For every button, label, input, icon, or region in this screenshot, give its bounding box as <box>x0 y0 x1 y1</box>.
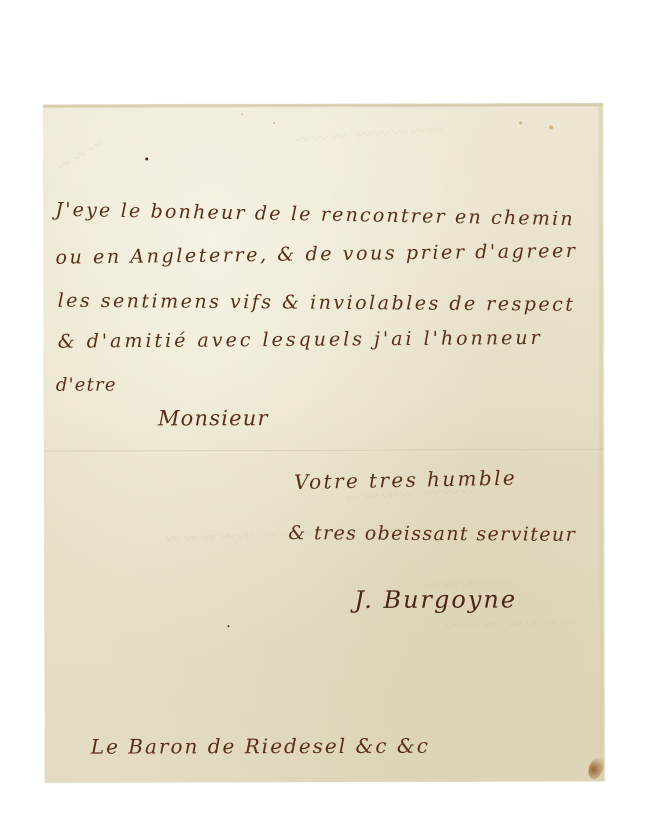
foxing-spot <box>241 113 243 115</box>
fold-crease <box>44 449 604 452</box>
letter-body-line: & d'amitié avec lesquels j'ai l'honneur <box>58 327 543 353</box>
paper-right-edge <box>597 103 605 781</box>
foxing-spot <box>273 122 275 124</box>
show-through-text: 〰〰〰 〰〰〰〰〰 <box>293 118 446 150</box>
foxing-spot <box>519 121 522 124</box>
letter-body-line: d'etre <box>56 375 117 396</box>
letter-body-line: J'eye le bonheur de le rencontrer en che… <box>55 199 575 231</box>
letter-body-line: ou en Angleterre, & de vous prier d'agre… <box>55 240 577 269</box>
ink-dot <box>145 157 148 160</box>
paper-top-edge <box>43 103 603 107</box>
show-through-text: 〰〰〰 〰〰〰〰 <box>444 611 578 637</box>
letter-address-line: Le Baron de Riedesel &c &c <box>91 734 430 759</box>
ink-dot <box>227 625 229 627</box>
letter-signature: J. Burgoyne <box>354 585 517 613</box>
letter-body-line: les sentimens vifs & inviolables de resp… <box>58 290 576 316</box>
letter-closing-line: Votre tres humble <box>294 466 517 494</box>
letter-salutation: Monsieur <box>158 406 269 430</box>
show-through-text: 〰〰〰 <box>52 132 109 177</box>
letter-closing-line: & tres obeissant serviteur <box>288 522 576 546</box>
foxing-spot <box>549 125 553 129</box>
letter-paper: 〰〰〰 〰〰〰〰〰 〰〰〰 〰〰〰〰 〰〰〰 〰〰〰〰〰 〰〰〰〰 〰〰〰 〰〰… <box>43 103 605 782</box>
